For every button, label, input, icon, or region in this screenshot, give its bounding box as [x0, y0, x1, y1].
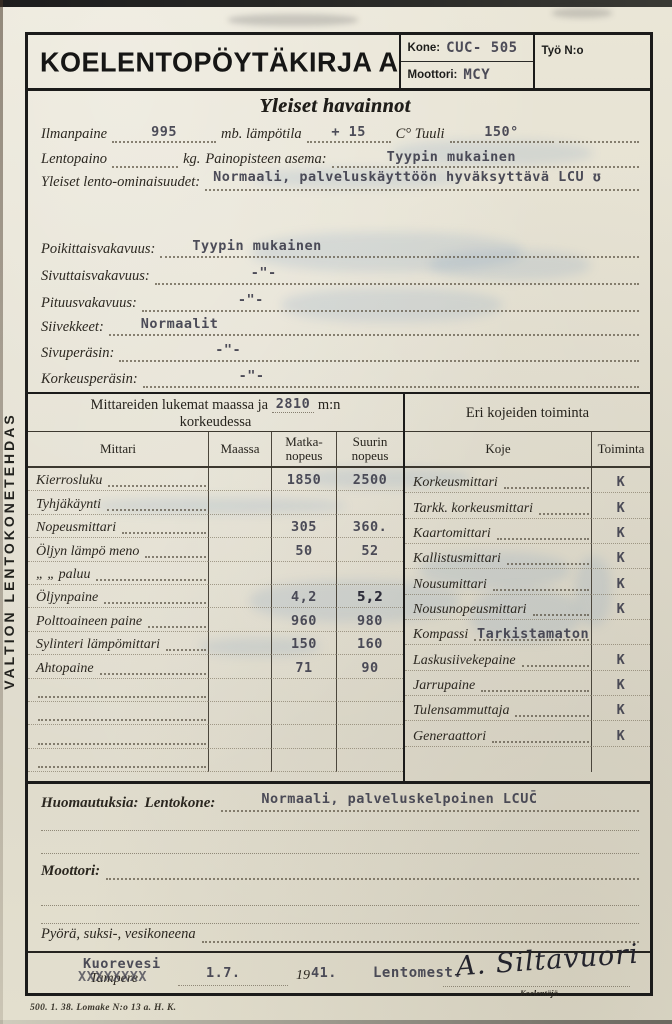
place-strikeout: XXXXXXXX [78, 969, 147, 985]
matka-value: 960 [272, 613, 336, 629]
col-matka: Matka-nopeus [271, 432, 336, 466]
dot-leader [481, 678, 589, 692]
toiminta-value: K [592, 677, 650, 693]
suurin-value: 2500 [337, 472, 403, 488]
dot-leader [122, 520, 206, 534]
empty-line [41, 853, 639, 854]
koje-label: Jarrupaine [413, 678, 475, 694]
form-header: KOELENTOPÖYTÄKIRJA A Kone: CUC- 505 Moot… [28, 35, 650, 91]
measurement-table: Mittareiden lukemat maassa ja 2810 m:n k… [28, 392, 650, 784]
table-row: Nousunopeusmittari K [405, 595, 650, 620]
dot-leader [492, 729, 589, 743]
moottori-remark-label: Moottori: [41, 863, 100, 880]
dot-leader [148, 614, 206, 628]
sivuttaisvakavuus-label: Sivuttaisvakavuus: [41, 268, 150, 285]
table-row: Jarrupaine K [405, 671, 650, 696]
title-line2: korkeudessa [180, 414, 252, 430]
instruments-subheader: Koje Toiminta [405, 432, 650, 468]
koje-label: Laskusiivekepaine [413, 653, 516, 669]
date-line [178, 985, 288, 986]
col-suurin: Suurinnopeus [336, 432, 403, 466]
table-row: Generaattori K [405, 721, 650, 746]
ilmanpaine-label: Ilmanpaine [41, 126, 107, 143]
pyora-label: Pyörä, suksi-, vesikoneena [41, 926, 196, 943]
tyo-label: Työ N:o [542, 45, 584, 57]
instruments-half: Eri kojeiden toiminta Koje Toiminta Kork… [403, 394, 650, 781]
value: -"- [215, 342, 241, 358]
poikittaisvakavuus-label: Poikittaisvakavuus: [41, 241, 155, 258]
table-row: Kallistusmittari K [405, 544, 650, 569]
row-ominaisuudet: Yleiset lento-ominaisuudet: Normaali, pa… [41, 167, 639, 191]
lentokone-label: Lentokone: [145, 795, 216, 812]
moottori-line [106, 860, 639, 880]
line: Tyypin mukainen [160, 238, 639, 258]
row-moottori-remark: Moottori: [41, 856, 639, 880]
matka-value: 150 [272, 636, 336, 652]
empty-line [41, 905, 639, 906]
col-matka-1: Matka- [285, 434, 323, 449]
pyora-line [202, 923, 639, 943]
table-row: Kierrosluku 1850 2500 [28, 468, 403, 491]
koje-label: Generaattori [413, 729, 486, 745]
dot-leader [107, 497, 206, 511]
value: -"- [251, 265, 277, 281]
table-row: Kaartomittari K [405, 519, 650, 544]
kone-field: Kone: CUC- 505 [401, 35, 533, 61]
col-koje: Koje [405, 432, 591, 466]
table-row: Tyhjäkäynti [28, 491, 403, 514]
table-row: Tulensammuttaja K [405, 696, 650, 721]
sivuperasin-label: Sivuperäsin: [41, 345, 114, 362]
table-row: Laskusiivekepaine K [405, 645, 650, 670]
col-suurin-2: nopeus [352, 448, 389, 463]
table-row: Öljyn lämpö meno 50 52 [28, 538, 403, 561]
ilmanpaine-value: 995 [151, 124, 177, 140]
koje-label: Tulensammuttaja [413, 703, 509, 719]
mittari-label: Sylinteri lämpömittari [36, 637, 160, 653]
table-row: Polttoaineen paine 960 980 [28, 608, 403, 631]
matka-value: 1850 [272, 472, 336, 488]
scanned-form-page: VALTION LENTOKONETEHDAS KOELENTOPÖYTÄKIR… [0, 0, 672, 1024]
huomautuksia-label: Huomautuksia: [41, 795, 139, 812]
col-maassa: Maassa [208, 432, 271, 466]
lentopaino-line [112, 148, 178, 168]
kone-label: Kone: [408, 42, 441, 54]
trailing-line [559, 123, 639, 143]
kg-label: kg. [183, 151, 200, 168]
dot-leader [504, 475, 589, 489]
dot-leader [38, 684, 206, 698]
value: -"- [239, 368, 265, 384]
dot-leader [522, 653, 589, 667]
mittari-label: Ahtopaine [36, 661, 94, 677]
mittari-label: „ „ paluu [36, 567, 90, 583]
dot-leader [100, 661, 206, 675]
toiminta-value: K [592, 550, 650, 566]
table-row: Nopeusmittari 305 360. [28, 515, 403, 538]
siivekkeet-label: Siivekkeet: [41, 319, 104, 336]
altitude-value: 2810 [272, 396, 315, 413]
ominaisuudet-value: Normaali, palveluskäyttöön hyväksyttävä … [213, 169, 601, 185]
year-printed: 19 [296, 968, 310, 984]
col-toiminta: Toiminta [591, 432, 650, 466]
toiminta-value: K [592, 525, 650, 541]
dot-leader [515, 703, 589, 717]
row-huomautuksia: Huomautuksia: Lentokone: Normaali, palve… [41, 788, 639, 812]
readings-half: Mittareiden lukemat maassa ja 2810 m:n k… [28, 394, 403, 781]
lentokone-value: Normaali, palveluskelpoinen LCUC̄ [261, 791, 537, 807]
painopiste-label: Painopisteen asema: [205, 151, 326, 168]
row-pyora: Pyörä, suksi-, vesikoneena [41, 919, 639, 943]
lentopaino-label: Lentopaino [41, 151, 107, 168]
toiminta-value: K [592, 652, 650, 668]
mb-lampotila-label: mb. lämpötila [221, 126, 302, 143]
table-row [28, 702, 403, 725]
readings-title: Mittareiden lukemat maassa ja 2810 m:n k… [28, 394, 403, 432]
row-sivuttaisvakavuus: Sivuttaisvakavuus: -"- [41, 261, 639, 285]
general-heading: Yleiset havainnot [28, 95, 642, 118]
photo-bottom-edge [0, 1020, 672, 1024]
table-row [28, 725, 403, 748]
date-value: 1.7. [206, 965, 241, 981]
koje-label: Kompassi [413, 627, 468, 643]
matka-value: 305 [272, 519, 336, 535]
form-footer-text: 500. 1. 38. Lomake N:o 13 a. H. K. [30, 1003, 176, 1013]
mittari-label: Kierrosluku [36, 473, 102, 489]
value: Tyypin mukainen [192, 238, 321, 254]
signature: A. Siltavuori [455, 939, 640, 983]
tyo-field: Työ N:o [533, 35, 650, 88]
mittari-label: Tyhjäkäynti [36, 497, 101, 513]
signature-line [443, 986, 630, 987]
stain [552, 8, 612, 18]
line: -"- [143, 368, 639, 388]
table-row: Sylinteri lämpömittari 150 160 [28, 632, 403, 655]
suurin-value: 90 [337, 660, 403, 676]
table-row [28, 679, 403, 702]
dot-leader [145, 544, 206, 558]
signoff-row: Kuorevesi Tampere XXXXXXXX 1.7. 19 41. L… [28, 953, 650, 993]
row-poikittaisvakavuus: Poikittaisvakavuus: Tyypin mukainen [41, 234, 639, 258]
korkeusperasin-label: Korkeusperäsin: [41, 371, 138, 388]
line: Normaalit [109, 316, 639, 336]
toiminta-value: K [592, 500, 650, 516]
title-unit: m:n [318, 397, 341, 413]
table-row: „ „ paluu [28, 562, 403, 585]
moottori-field: Moottori: MCY [401, 61, 533, 88]
title-text: Mittareiden lukemat maassa ja [91, 397, 269, 413]
ominaisuudet-label: Yleiset lento-ominaisuudet: [41, 174, 200, 191]
readings-subheader: Mittari Maassa Matka-nopeus Suurinnopeus [28, 432, 403, 468]
photo-top-edge [0, 0, 672, 7]
row-lentopaino: Lentopaino kg. Painopisteen asema: Tyypi… [41, 144, 639, 168]
line: -"- [119, 342, 639, 362]
suurin-value: 360. [337, 519, 403, 535]
c-tuuli-label: C° Tuuli [396, 126, 445, 143]
machine-box: Kone: CUC- 505 Moottori: MCY [401, 35, 533, 88]
table-row: Ahtopaine 71 90 [28, 655, 403, 678]
tuuli-line: 150° [450, 123, 554, 143]
line: -"- [142, 292, 639, 312]
dot-leader [96, 567, 206, 581]
table-row: Korkeusmittari K [405, 468, 650, 493]
table-row [405, 747, 650, 772]
line: -"- [155, 265, 639, 285]
koje-label: Kallistusmittari [413, 551, 501, 567]
suurin-value: 160 [337, 636, 403, 652]
moottori-label: Moottori: [408, 69, 458, 81]
readings-body: Kierrosluku 1850 2500 Tyhjäkäynti Nopeus… [28, 468, 403, 781]
koje-label: Kaartomittari [413, 526, 491, 542]
row-pituusvakavuus: Pituusvakavuus: -"- [41, 288, 639, 312]
tuuli-value: 150° [484, 124, 519, 140]
matka-value: 71 [272, 660, 336, 676]
lampotila-line: + 15 [307, 123, 391, 143]
dot-leader [38, 754, 206, 768]
dot-leader [38, 707, 206, 721]
toiminta-value: K [592, 474, 650, 490]
dot-leader [507, 551, 589, 565]
year-typed: 41. [311, 965, 337, 981]
painopiste-value: Tyypin mukainen [387, 149, 516, 165]
dot-leader [104, 590, 206, 604]
mittari-label: Nopeusmittari [36, 520, 116, 536]
mittari-label: Öljyn lämpö meno [36, 544, 139, 560]
form-title: KOELENTOPÖYTÄKIRJA A [28, 35, 399, 90]
col-mittari: Mittari [28, 432, 208, 466]
col-matka-2: nopeus [286, 448, 323, 463]
row-siivekkeet: Siivekkeet: Normaalit [41, 312, 639, 336]
suurin-value: 980 [337, 613, 403, 629]
mittari-label: Öljynpaine [36, 590, 98, 606]
dot-leader [497, 526, 589, 540]
value: -"- [238, 292, 264, 308]
value: Normaalit [141, 316, 219, 332]
ilmanpaine-line: 995 [112, 123, 216, 143]
col-suurin-1: Suurin [353, 434, 388, 449]
mittari-label: Polttoaineen paine [36, 614, 142, 630]
dot-leader [166, 637, 206, 651]
table-row: Öljynpaine 4,2 5,2 [28, 585, 403, 608]
table-row: Nousumittari K [405, 569, 650, 594]
koje-label: Korkeusmittari [413, 475, 498, 491]
painopiste-line: Tyypin mukainen [332, 148, 639, 168]
toiminta-value: K [592, 576, 650, 592]
lampotila-value: + 15 [331, 124, 366, 140]
toiminta-value: K [592, 601, 650, 617]
suurin-value: 5,2 [337, 589, 403, 605]
koje-label: Nousunopeusmittari [413, 602, 527, 618]
dot-leader [539, 501, 589, 515]
dot-leader [533, 602, 589, 616]
pituusvakavuus-label: Pituusvakavuus: [41, 295, 137, 312]
lentokone-line: Normaali, palveluskelpoinen LCUC̄ [221, 792, 639, 812]
toiminta-value: K [592, 728, 650, 744]
dot-leader [38, 731, 206, 745]
dot-leader [108, 473, 206, 487]
suurin-value: 52 [337, 543, 403, 559]
table-row-kompassi: KompassiTarkistamaton [405, 620, 650, 645]
kompassi-value: Tarkistamaton [477, 626, 589, 642]
toiminta-value: K [592, 702, 650, 718]
table-row [28, 749, 403, 772]
table-row: Tarkk. korkeusmittari K [405, 493, 650, 518]
koje-label: Nousumittari [413, 577, 487, 593]
place-printed-wrap: Tampere XXXXXXXX [90, 969, 138, 987]
stain [228, 14, 358, 26]
koelentaja-label: Koelentäjä. [520, 988, 560, 998]
row-sivuperasin: Sivuperäsin: -"- [41, 338, 639, 362]
kone-value: CUC- 505 [446, 40, 517, 56]
form-frame: KOELENTOPÖYTÄKIRJA A Kone: CUC- 505 Moot… [25, 32, 653, 996]
row-ilmanpaine: Ilmanpaine 995 mb. lämpötila + 15 C° Tuu… [41, 119, 639, 143]
ominaisuudet-line: Normaali, palveluskäyttöön hyväksyttävä … [205, 171, 639, 191]
instruments-title: Eri kojeiden toiminta [405, 394, 650, 432]
instruments-body: Korkeusmittari K Tarkk. korkeusmittari K… [405, 468, 650, 781]
koje-label: Tarkk. korkeusmittari [413, 501, 533, 517]
factory-side-text: VALTION LENTOKONETEHDAS [1, 389, 23, 713]
empty-line [41, 830, 639, 831]
header-boxes: Kone: CUC- 505 Moottori: MCY Työ N:o [399, 35, 650, 88]
lentomest-value: Lentomest. [373, 965, 462, 981]
dot-leader [493, 577, 589, 591]
matka-value: 4,2 [272, 589, 336, 605]
moottori-value: MCY [463, 67, 490, 83]
row-korkeusperasin: Korkeusperäsin: -"- [41, 364, 639, 388]
matka-value: 50 [272, 543, 336, 559]
